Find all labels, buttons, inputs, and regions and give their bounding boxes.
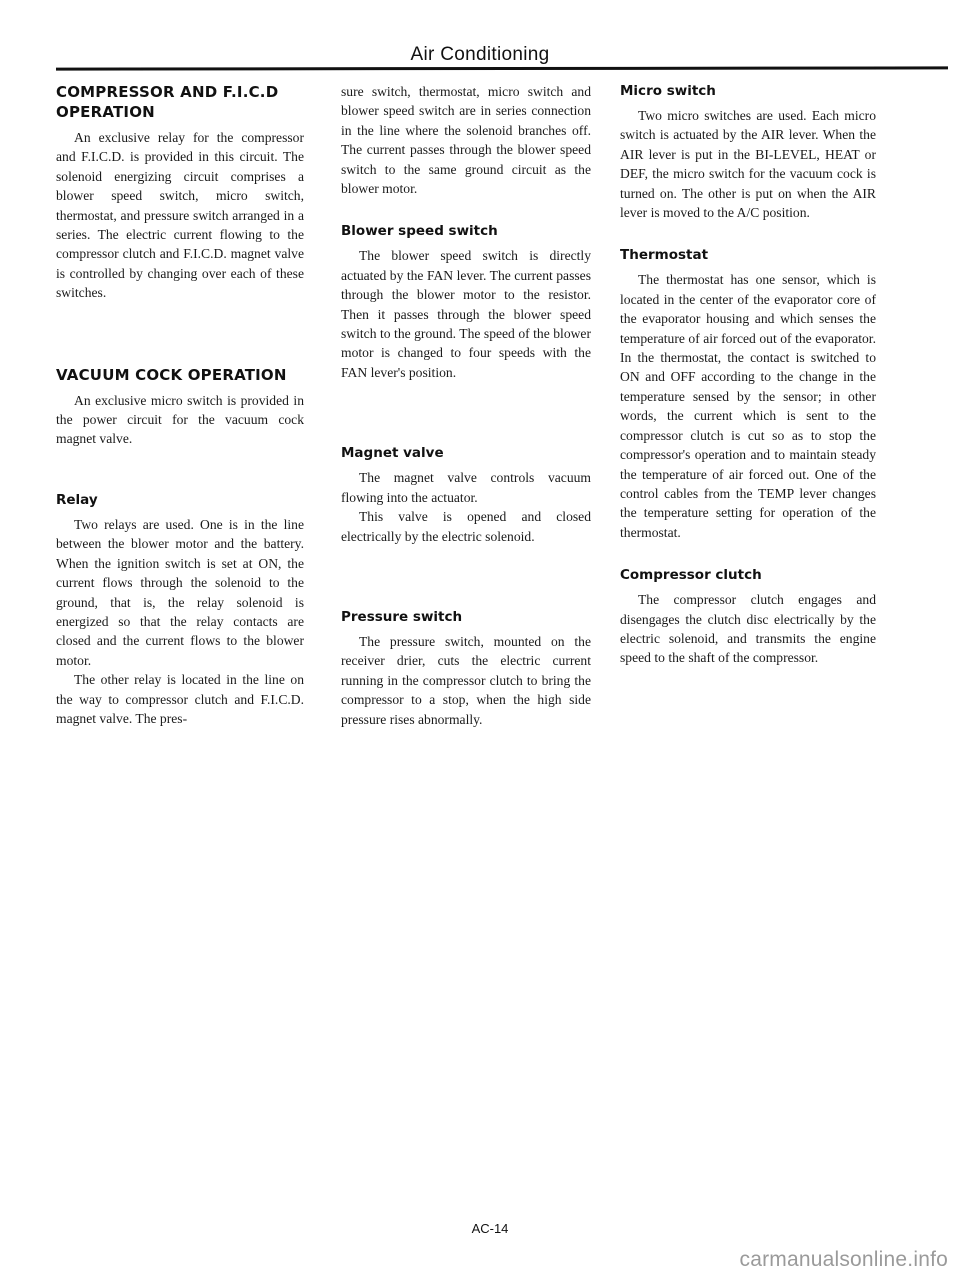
section-compressor-clutch: Compressor clutch The compressor clutch … — [620, 566, 876, 668]
section-pressure-switch: Pressure switch The pressure switch, mou… — [341, 608, 591, 729]
paragraph: An exclusive relay for the compressor an… — [56, 128, 304, 303]
section-vacuum-cock: VACUUM COCK OPERATION An exclusive micro… — [56, 365, 304, 449]
section-compressor-ficd: COMPRESSOR AND F.I.C.D OPERATION An excl… — [56, 82, 304, 303]
subsection-heading: Thermostat — [620, 246, 876, 264]
paragraph: The compressor clutch engages and diseng… — [620, 590, 876, 668]
paragraph: Two relays are used. One is in the line … — [56, 515, 304, 670]
column-left: COMPRESSOR AND F.I.C.D OPERATION An excl… — [56, 82, 304, 728]
paragraph: The blower speed switch is directly actu… — [341, 246, 591, 382]
section-micro-switch: Micro switch Two micro switches are used… — [620, 82, 876, 222]
section-blower-speed-switch: Blower speed switch The blower speed swi… — [341, 222, 591, 382]
paragraph: This valve is opened and closed electric… — [341, 507, 591, 546]
section-continuation: sure switch, thermostat, micro switch an… — [341, 82, 591, 198]
paragraph: sure switch, thermostat, micro switch an… — [341, 82, 591, 198]
page-number: AC-14 — [0, 1221, 960, 1236]
paragraph: The magnet valve controls vacuum flowing… — [341, 468, 591, 507]
paragraph: The thermostat has one sensor, which is … — [620, 270, 876, 542]
subsection-heading: Magnet valve — [341, 444, 591, 462]
header-rule — [56, 66, 948, 70]
paragraph: The pressure switch, mounted on the rece… — [341, 632, 591, 729]
running-title: Air Conditioning — [0, 44, 960, 66]
section-relay: Relay Two relays are used. One is in the… — [56, 491, 304, 728]
subsection-heading: Pressure switch — [341, 608, 591, 626]
section-thermostat: Thermostat The thermostat has one sensor… — [620, 246, 876, 542]
section-heading: VACUUM COCK OPERATION — [56, 365, 304, 385]
paragraph: The other relay is located in the line o… — [56, 670, 304, 728]
column-right: Micro switch Two micro switches are used… — [620, 82, 876, 668]
subsection-heading: Micro switch — [620, 82, 876, 100]
subsection-heading: Compressor clutch — [620, 566, 876, 584]
column-middle: sure switch, thermostat, micro switch an… — [341, 82, 591, 729]
subsection-heading: Blower speed switch — [341, 222, 591, 240]
watermark: carmanualsonline.info — [740, 1248, 949, 1272]
section-heading: COMPRESSOR AND F.I.C.D OPERATION — [56, 82, 304, 122]
subsection-heading: Relay — [56, 491, 304, 509]
paragraph: An exclusive micro switch is provided in… — [56, 391, 304, 449]
section-magnet-valve: Magnet valve The magnet valve controls v… — [341, 444, 591, 546]
paragraph: Two micro switches are used. Each micro … — [620, 106, 876, 222]
